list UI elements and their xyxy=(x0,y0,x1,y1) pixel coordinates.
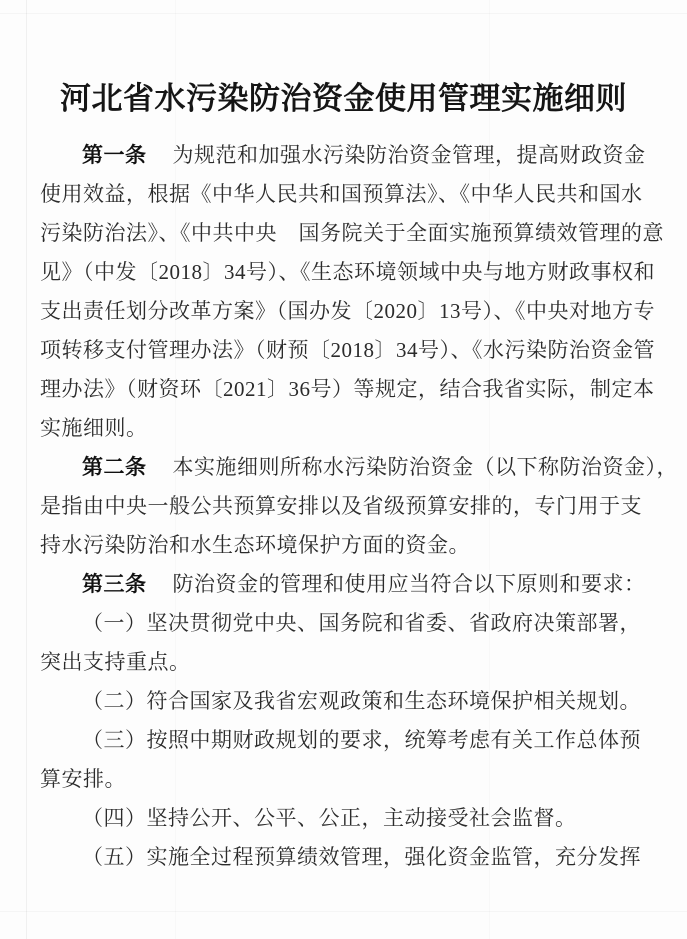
article-label: 第三条 xyxy=(82,573,147,596)
clause-5: （五）实施全过程预算绩效管理，强化资金监管，充分发挥 xyxy=(40,838,654,877)
text-line: 突出支持重点。 xyxy=(40,643,654,682)
scan-artifact-line xyxy=(0,911,687,912)
clause-1: （一）坚决贯彻党中央、国务院和省委、省政府决策部署， 突出支持重点。 xyxy=(40,604,654,682)
text-line: 第三条防治资金的管理和使用应当符合以下原则和要求： xyxy=(40,565,654,604)
scan-artifact-line xyxy=(0,13,687,14)
document-body: 第一条为规范和加强水污染防治资金管理，提高财政资金 使用效益，根据《中华人民共和… xyxy=(40,136,654,877)
clause-2: （二）符合国家及我省宏观政策和生态环境保护相关规划。 xyxy=(40,682,654,721)
document-title: 河北省水污染防治资金使用管理实施细则 xyxy=(0,73,687,118)
text-line: 算安排。 xyxy=(40,760,654,799)
text-line: 第二条本实施细则所称水污染防治资金（以下称防治资金）， xyxy=(40,448,654,487)
document-page: 河北省水污染防治资金使用管理实施细则 第一条为规范和加强水污染防治资金管理，提高… xyxy=(0,0,687,939)
text-line-content: 为规范和加强水污染防治资金管理，提高财政资金 xyxy=(173,143,646,167)
text-line: （二）符合国家及我省宏观政策和生态环境保护相关规划。 xyxy=(40,682,654,721)
text-line: （四）坚持公开、公平、公正，主动接受社会监督。 xyxy=(40,799,654,838)
text-line: 是指由中央一般公共预算安排以及省级预算安排的，专门用于支 xyxy=(40,487,654,526)
text-line: 支出责任划分改革方案》（国办发〔2020〕13号）、《中央对地方专 xyxy=(40,292,654,331)
clause-3: （三）按照中期财政规划的要求，统筹考虑有关工作总体预 算安排。 xyxy=(40,721,654,799)
text-line: 第一条为规范和加强水污染防治资金管理，提高财政资金 xyxy=(40,136,654,175)
text-line: 使用效益，根据《中华人民共和国预算法》、《中华人民共和国水 xyxy=(40,175,654,214)
text-line: 见》（中发〔2018〕34号）、《生态环境领域中央与地方财政事权和 xyxy=(40,253,654,292)
article-1: 第一条为规范和加强水污染防治资金管理，提高财政资金 使用效益，根据《中华人民共和… xyxy=(40,136,654,448)
article-2: 第二条本实施细则所称水污染防治资金（以下称防治资金）， 是指由中央一般公共预算安… xyxy=(40,448,654,565)
text-line-content: 本实施细则所称水污染防治资金（以下称防治资金）， xyxy=(173,455,679,479)
clause-4: （四）坚持公开、公平、公正，主动接受社会监督。 xyxy=(40,799,654,838)
article-label: 第一条 xyxy=(82,144,147,167)
article-3: 第三条防治资金的管理和使用应当符合以下原则和要求： xyxy=(40,565,654,604)
article-label: 第二条 xyxy=(82,456,147,479)
text-line: 理办法》（财资环〔2021〕36号）等规定，结合我省实际，制定本 xyxy=(40,370,654,409)
text-line: （三）按照中期财政规划的要求，统筹考虑有关工作总体预 xyxy=(40,721,654,760)
text-line: 污染防治法》、《中共中央 国务院关于全面实施预算绩效管理的意 xyxy=(40,214,654,253)
text-line: 项转移支付管理办法》（财预〔2018〕34号）、《水污染防治资金管 xyxy=(40,331,654,370)
text-line: （五）实施全过程预算绩效管理，强化资金监管，充分发挥 xyxy=(40,838,654,877)
text-line: 持水污染防治和水生态环境保护方面的资金。 xyxy=(40,526,654,565)
text-line-content: 防治资金的管理和使用应当符合以下原则和要求： xyxy=(173,572,646,596)
scan-artifact-line xyxy=(26,0,27,939)
text-line: 实施细则。 xyxy=(40,409,654,448)
text-line: （一）坚决贯彻党中央、国务院和省委、省政府决策部署， xyxy=(40,604,654,643)
